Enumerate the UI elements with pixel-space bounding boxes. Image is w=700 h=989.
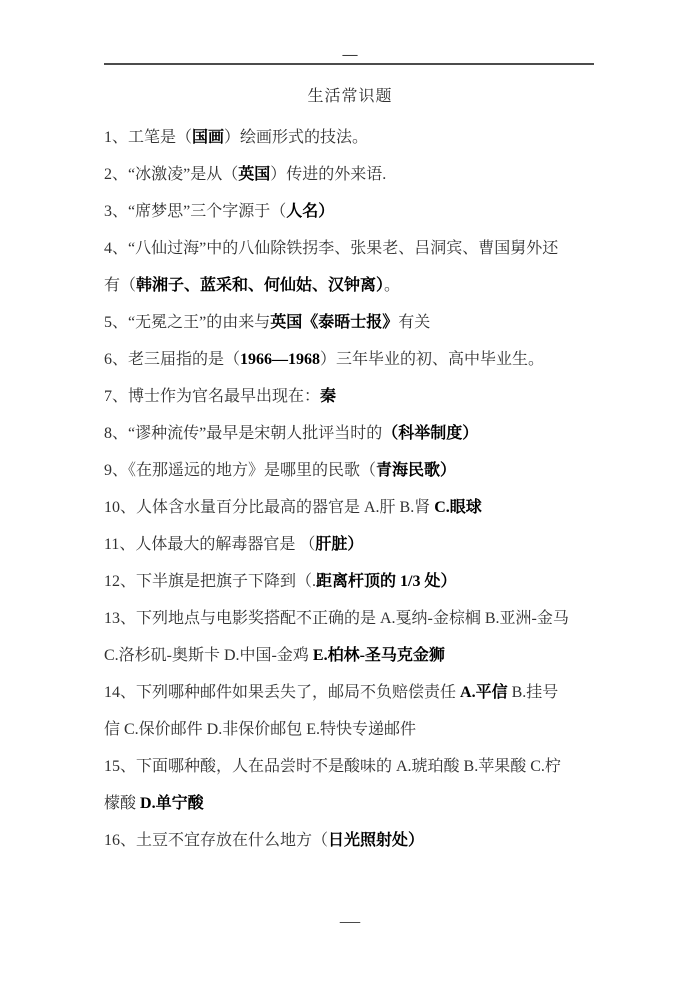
answer-bold-text: C.眼球 xyxy=(434,499,482,516)
header-rule xyxy=(104,63,594,65)
question-line: 2、“冰激凌”是从（英国）传进的外来语. xyxy=(104,156,598,193)
answer-bold-text: 秦 xyxy=(320,388,336,405)
question-text: 8、“谬种流传”最早是宋朝人批评当时的 xyxy=(104,425,382,442)
question-line: 11、人体最大的解毒器官是 （肝脏） xyxy=(104,526,598,563)
answer-bold-text: A.平信 xyxy=(460,684,508,701)
answer-bold-text: 韩湘子、蓝采和、何仙姑、汉钟离） xyxy=(136,277,384,294)
answer-bold-text: E.柏林-圣马克金狮 xyxy=(313,647,445,664)
question-line: 10、人体含水量百分比最高的器官是 A.肝 B.肾 C.眼球 xyxy=(104,489,598,526)
question-text: 14、下列哪种邮件如果丢失了，邮局不负赔偿责任 xyxy=(104,684,460,701)
question-line: 1、工笔是（国画）绘画形式的技法。 xyxy=(104,119,598,156)
question-text: 10、人体含水量百分比最高的器官是 A.肝 B.肾 xyxy=(104,499,434,516)
answer-bold-text: 人名） xyxy=(286,203,334,220)
answer-bold-text: （科举制度） xyxy=(382,425,478,442)
question-line: 有（韩湘子、蓝采和、何仙姑、汉钟离）。 xyxy=(104,267,598,304)
question-line: 信 C.保价邮件 D.非保价邮包 E.特快专递邮件 xyxy=(104,711,598,748)
question-text: 有关 xyxy=(398,314,430,331)
question-text: 6、老三届指的是（ xyxy=(104,351,240,368)
question-text: 。 xyxy=(384,277,400,294)
question-line: 檬酸 D.单宁酸 xyxy=(104,785,598,822)
question-list: 1、工笔是（国画）绘画形式的技法。2、“冰激凌”是从（英国）传进的外来语.3、“… xyxy=(104,119,598,859)
page-number-dash-bottom: — xyxy=(0,912,700,932)
question-text: 11、人体最大的解毒器官是 （ xyxy=(104,536,315,553)
question-line: 16、土豆不宜存放在什么地方（日光照射处） xyxy=(104,822,598,859)
question-text: 9、《在那遥远的地方》是哪里的民歌（ xyxy=(104,462,376,479)
question-line: 8、“谬种流传”最早是宋朝人批评当时的（科举制度） xyxy=(104,415,598,452)
question-text: 5、“无冕之王”的由来与 xyxy=(104,314,270,331)
question-line: C.洛杉矶-奥斯卡 D.中国-金鸡 E.柏林-圣马克金狮 xyxy=(104,637,598,674)
question-text: 13、下列地点与电影奖搭配不正确的是 A.戛纳-金棕榈 B.亚洲-金马 xyxy=(104,610,569,627)
question-text: 4、“八仙过海”中的八仙除铁拐李、张果老、吕洞宾、曹国舅外还 xyxy=(104,240,558,257)
answer-bold-text: 国画 xyxy=(192,129,224,146)
question-line: 13、下列地点与电影奖搭配不正确的是 A.戛纳-金棕榈 B.亚洲-金马 xyxy=(104,600,598,637)
question-text: 1、工笔是（ xyxy=(104,129,192,146)
question-text: 檬酸 xyxy=(104,795,140,812)
question-line: 7、博士作为官名最早出现在：秦 xyxy=(104,378,598,415)
answer-bold-text: 英国《泰晤士报》 xyxy=(270,314,398,331)
question-line: 14、下列哪种邮件如果丢失了，邮局不负赔偿责任 A.平信 B.挂号 xyxy=(104,674,598,711)
page-title: 生活常识题 xyxy=(0,87,700,107)
question-line: 15、下面哪种酸，人在品尝时不是酸味的 A.琥珀酸 B.苹果酸 C.柠 xyxy=(104,748,598,785)
answer-bold-text: 肝脏） xyxy=(315,536,363,553)
question-text: ）传进的外来语. xyxy=(270,166,386,183)
question-line: 12、下半旗是把旗子下降到（.距离杆顶的 1/3 处） xyxy=(104,563,598,600)
question-text: 7、博士作为官名最早出现在： xyxy=(104,388,320,405)
question-text: B.挂号 xyxy=(508,684,559,701)
question-text: ）绘画形式的技法。 xyxy=(224,129,368,146)
question-text: 3、“席梦思”三个字源于（ xyxy=(104,203,286,220)
answer-bold-text: 英国 xyxy=(238,166,270,183)
question-line: 6、老三届指的是（1966—1968）三年毕业的初、高中毕业生。 xyxy=(104,341,598,378)
answer-bold-text: 日光照射处） xyxy=(328,832,424,849)
question-line: 4、“八仙过海”中的八仙除铁拐李、张果老、吕洞宾、曹国舅外还 xyxy=(104,230,598,267)
answer-bold-text: 距离杆顶的 1/3 处） xyxy=(316,573,456,590)
question-text: 15、下面哪种酸，人在品尝时不是酸味的 A.琥珀酸 B.苹果酸 C.柠 xyxy=(104,758,561,775)
question-line: 3、“席梦思”三个字源于（人名） xyxy=(104,193,598,230)
question-text: 2、“冰激凌”是从（ xyxy=(104,166,238,183)
question-line: 9、《在那遥远的地方》是哪里的民歌（青海民歌） xyxy=(104,452,598,489)
document-page: — 生活常识题 1、工笔是（国画）绘画形式的技法。2、“冰激凌”是从（英国）传进… xyxy=(0,0,700,989)
page-number-dash-top: — xyxy=(0,45,700,65)
question-text: ）三年毕业的初、高中毕业生。 xyxy=(320,351,544,368)
question-line: 5、“无冕之王”的由来与英国《泰晤士报》有关 xyxy=(104,304,598,341)
answer-bold-text: 青海民歌） xyxy=(376,462,456,479)
question-text: 16、土豆不宜存放在什么地方（ xyxy=(104,832,328,849)
question-text: 12、下半旗是把旗子下降到（. xyxy=(104,573,316,590)
answer-bold-text: 1966—1968 xyxy=(240,351,320,368)
question-text: 有（ xyxy=(104,277,136,294)
question-text: 信 C.保价邮件 D.非保价邮包 E.特快专递邮件 xyxy=(104,721,416,738)
question-text: C.洛杉矶-奥斯卡 D.中国-金鸡 xyxy=(104,647,313,664)
answer-bold-text: D.单宁酸 xyxy=(140,795,204,812)
